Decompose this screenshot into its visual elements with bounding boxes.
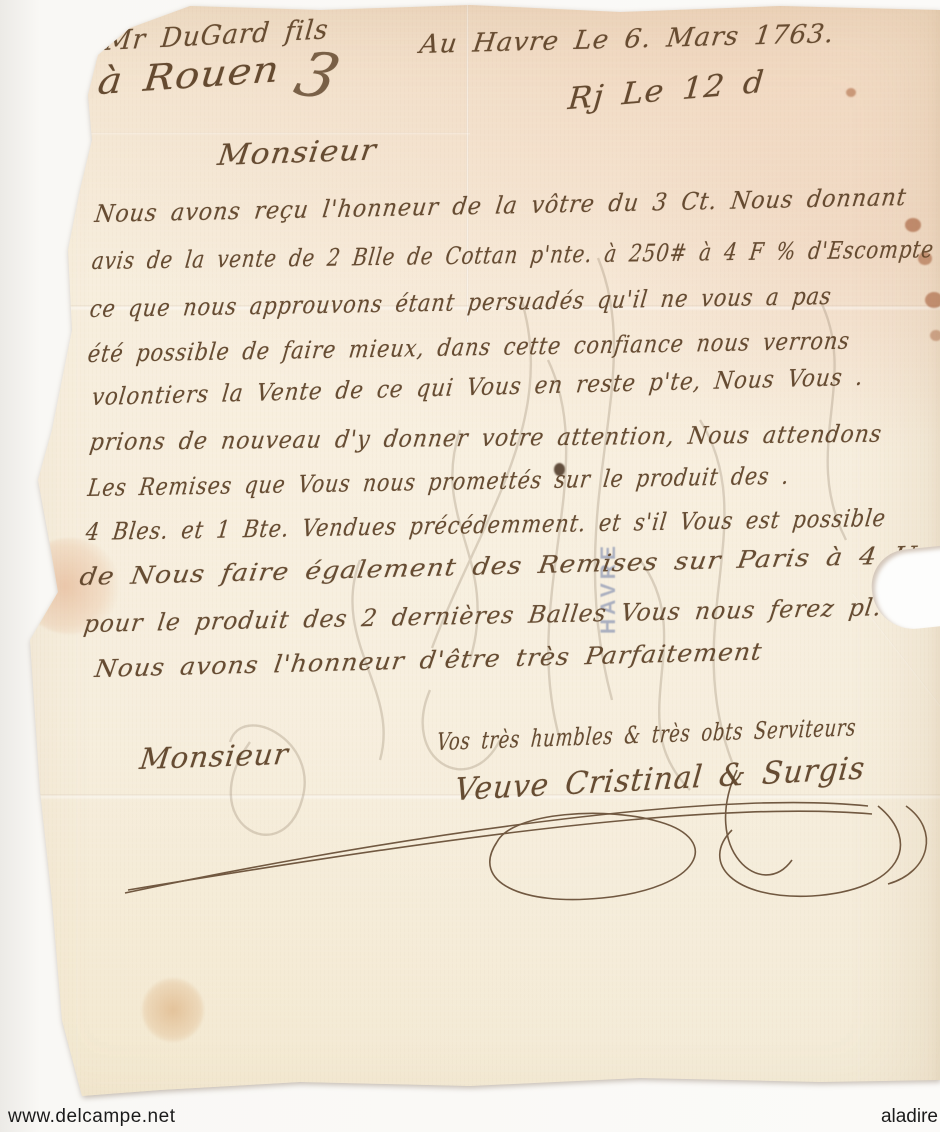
closing-formula: Vos très humbles & très obts Serviteurs: [437, 713, 857, 756]
rust-speck: [925, 292, 940, 308]
rust-speck: [905, 218, 921, 232]
bottom-left-stain: [142, 978, 204, 1042]
body-line: pour le produit des 2 dernières Balles V…: [84, 593, 882, 638]
signature-flourish: [0, 0, 940, 1132]
fold-crease-vertical-left: [76, 140, 78, 1080]
rust-speck: [930, 330, 940, 341]
body-line: 4 Bles. et 1 Bte. Vendues précédemment. …: [86, 504, 886, 546]
salutation: Monsieur: [217, 132, 377, 172]
signature: Veuve Cristinal & Surgis: [454, 751, 866, 808]
body-line: ce que nous approuvons étant persuadés q…: [90, 282, 832, 323]
fold-crease-vertical-center: [466, 0, 469, 322]
letter-paper: HAVRE Mr DuGard fils à Rouen 3 Au Havre …: [0, 0, 940, 1132]
body-line: volontiers la Vente de ce qui Vous en re…: [92, 363, 864, 411]
fold-crease-vertical-right: [858, 420, 860, 1080]
body-line: été possible de faire mieux, dans cette …: [88, 327, 850, 368]
showthrough-scribbles: [0, 0, 940, 1132]
body-line: Nous avons reçu l'honneur de la vôtre du…: [95, 183, 907, 228]
address-line-1: Mr DuGard fils: [104, 14, 329, 57]
fold-crease-horizontal-top: [30, 132, 470, 135]
body-line: avis de la vente de 2 Blle de Cottan p'n…: [92, 235, 934, 275]
paper-shadow-wrap: HAVRE Mr DuGard fils à Rouen 3 Au Havre …: [0, 0, 940, 1132]
scanned-letter-canvas: HAVRE Mr DuGard fils à Rouen 3 Au Havre …: [0, 0, 940, 1132]
dateline: Au Havre Le 6. Mars 1763.: [420, 19, 835, 60]
received-note: Rj Le 12 d: [566, 65, 766, 117]
closing-monsieur: Monsieur: [139, 737, 289, 776]
body-line: Les Remises que Vous nous promettés sur …: [88, 462, 790, 502]
havre-postmark-stamp: HAVRE: [597, 538, 637, 634]
fold-crease-horizontal-1: [0, 305, 940, 311]
ink-blot: [554, 463, 565, 476]
delcampe-watermark: www.delcampe.net: [8, 1106, 175, 1128]
body-line: de Nous faire également des Remises sur …: [80, 541, 918, 591]
fold-crease-horizontal-2: [0, 794, 940, 800]
body-line: prions de nouveau d'y donner votre atten…: [90, 420, 882, 456]
postal-rate-mark: 3: [293, 36, 343, 114]
seller-watermark: aladire: [881, 1106, 938, 1128]
rust-speck: [918, 252, 932, 265]
address-line-2: à Rouen: [97, 49, 282, 103]
seal-stain: [20, 538, 120, 634]
rust-speck: [846, 88, 856, 97]
body-line: Nous avons l'honneur d'être très Parfait…: [95, 638, 763, 683]
